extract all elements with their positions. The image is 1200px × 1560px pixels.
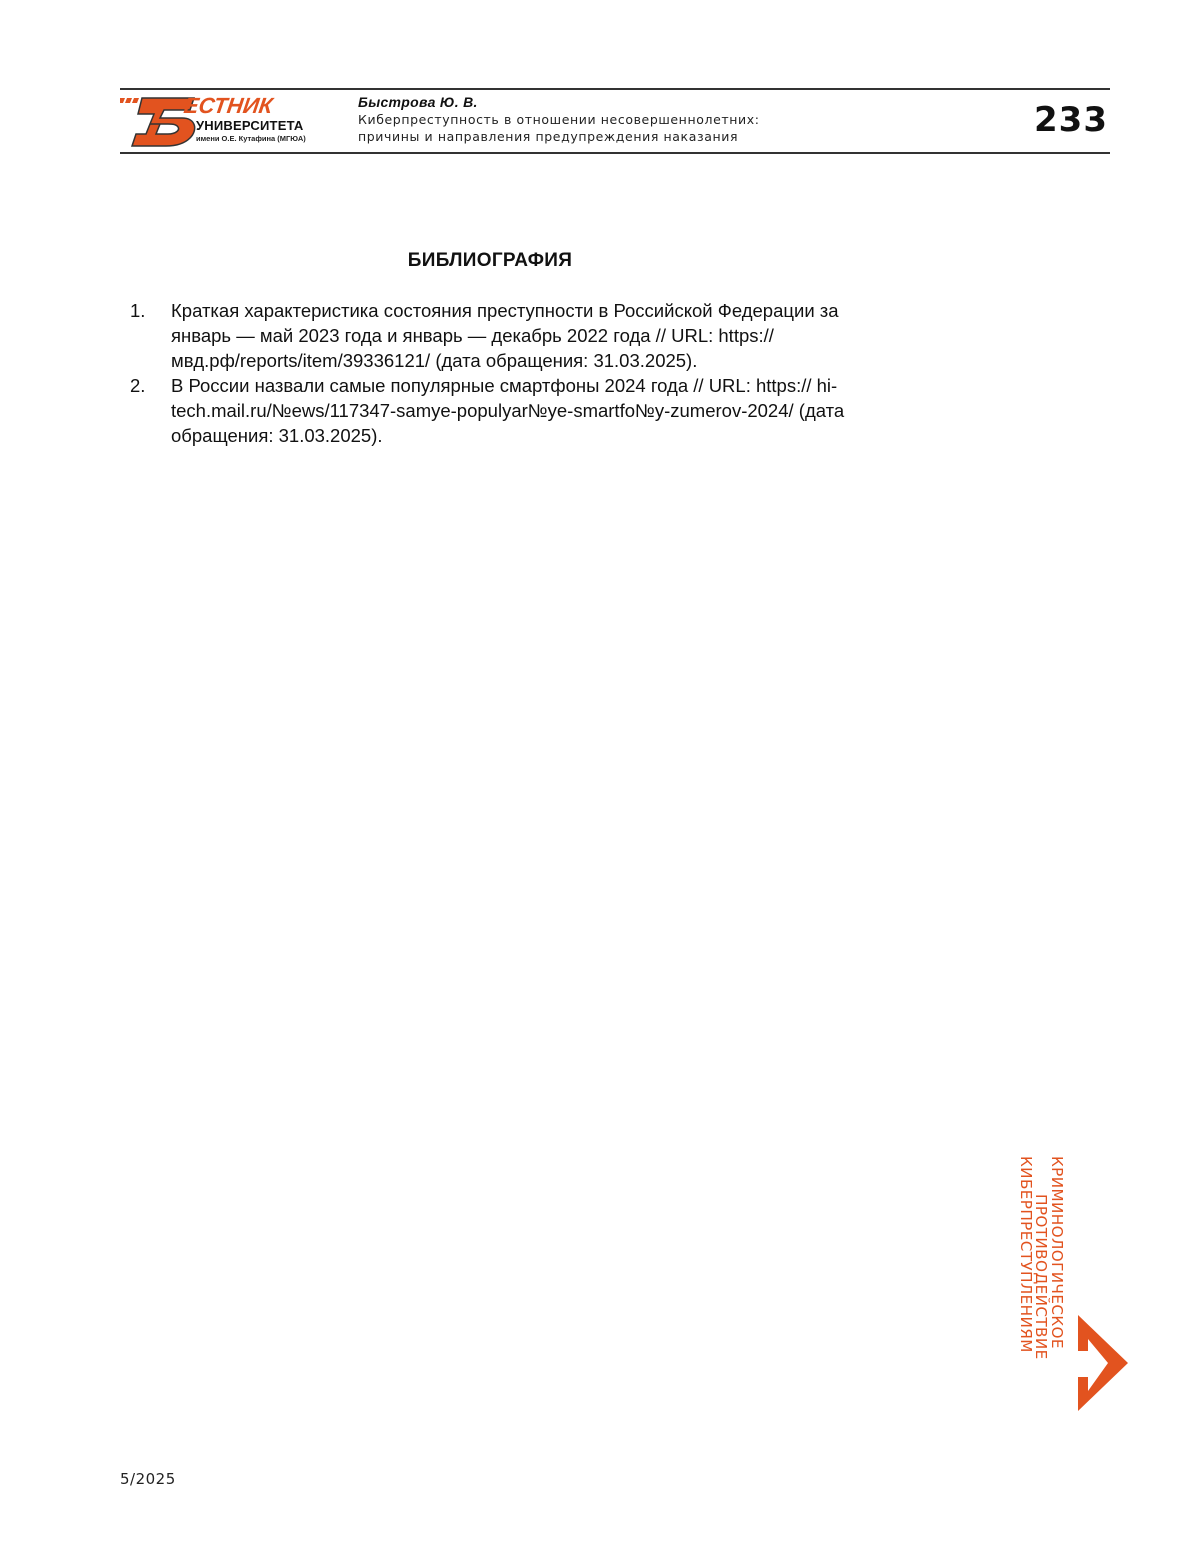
bibliography-item-number: 1. (130, 298, 145, 323)
bibliography-item: 1. Краткая характеристика состояния прес… (130, 298, 880, 373)
journal-logo: ЕСТНИК УНИВЕРСИТЕТА имени О.Е. Кутафина … (120, 94, 320, 148)
section-label: КРИМИНОЛОГИЧЕСКОЕ ПРОТИВОДЕЙСТВИЕ КИБЕРП… (1012, 1156, 1072, 1416)
arrow-right-icon (1076, 1313, 1130, 1413)
logo-subtitle: имени О.Е. Кутафина (МГЮА) (196, 134, 306, 143)
article-title-line-1: Киберпреступность в отношении несовершен… (358, 111, 958, 128)
author-name: Быстрова Ю. В. (358, 94, 958, 111)
bibliography-item-number: 2. (130, 373, 145, 398)
bibliography-item: 2. В России назвали самые популярные сма… (130, 373, 880, 448)
section-label-line-2: ПРОТИВОДЕЙСТВИЕ (1033, 1156, 1049, 1416)
bibliography-item-text: В России назвали самые популярные смартф… (171, 373, 880, 448)
bibliography-item-text: Краткая характеристика состояния преступ… (171, 298, 880, 373)
logo-university: УНИВЕРСИТЕТА (196, 119, 303, 133)
running-header: ЕСТНИК УНИВЕРСИТЕТА имени О.Е. Кутафина … (120, 88, 1110, 154)
bibliography-heading: БИБЛИОГРАФИЯ (120, 248, 860, 274)
page-number: 233 (1034, 100, 1108, 140)
bibliography-list: 1. Краткая характеристика состояния прес… (130, 298, 880, 448)
article-title-line-2: причины и направления предупреждения нак… (358, 128, 958, 145)
logo-title: ЕСТНИК (182, 95, 273, 117)
section-label-line-3: КИБЕРПРЕСТУПЛЕНИЯМ (1018, 1156, 1034, 1416)
section-label-text: КРИМИНОЛОГИЧЕСКОЕ ПРОТИВОДЕЙСТВИЕ КИБЕРП… (1018, 1156, 1065, 1416)
running-title: Быстрова Ю. В. Киберпреступность в отнош… (358, 94, 958, 145)
issue-number: 5/2025 (120, 1470, 176, 1488)
section-label-line-1: КРИМИНОЛОГИЧЕСКОЕ (1049, 1156, 1065, 1416)
